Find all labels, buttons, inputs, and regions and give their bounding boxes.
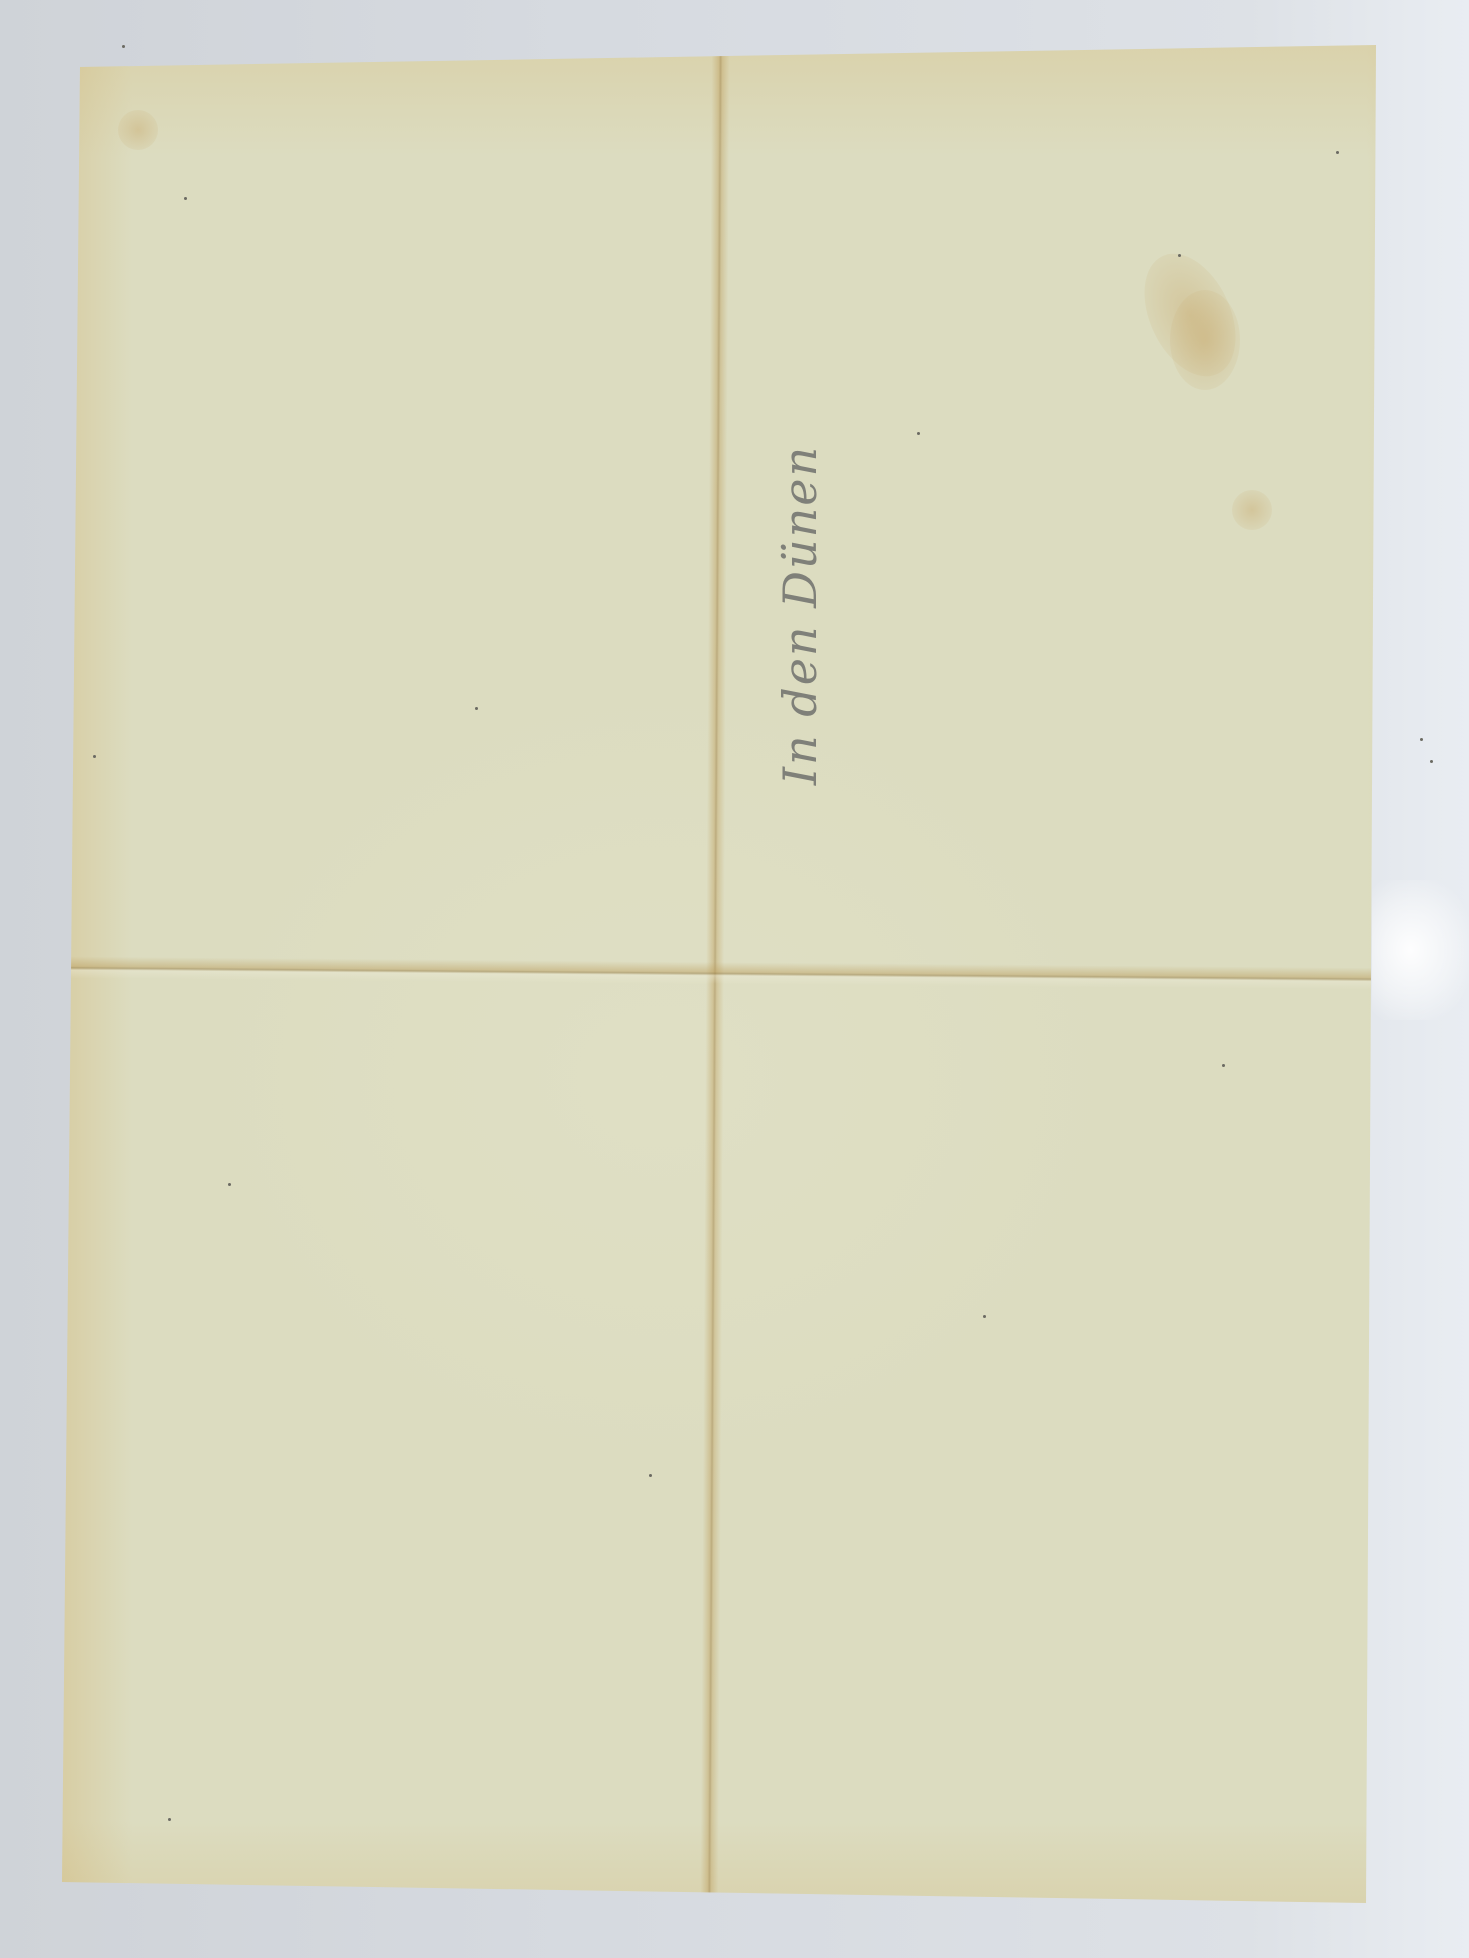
stain-small-spot: [1232, 490, 1272, 530]
paper-speck: [228, 1183, 231, 1186]
handwritten-note-text: In den Dünen: [773, 445, 827, 785]
light-glare: [1372, 880, 1469, 1020]
paper-speck: [649, 1474, 652, 1477]
background-speck: [1430, 760, 1433, 763]
paper-speck: [1336, 151, 1339, 154]
paper-speck: [1178, 254, 1181, 257]
stain-upper-right: [1170, 290, 1240, 390]
paper-speck: [1222, 1064, 1225, 1067]
stain-top-left: [118, 110, 158, 150]
paper-speck: [93, 755, 96, 758]
paper-speck: [475, 707, 478, 710]
background-speck: [122, 45, 125, 48]
paper-sheet: In den Dünen: [0, 0, 1469, 1958]
paper-speck: [184, 197, 187, 200]
paper-speck: [917, 432, 920, 435]
paper-speck: [983, 1315, 986, 1318]
background-speck: [1420, 738, 1423, 741]
paper-speck: [168, 1818, 171, 1821]
